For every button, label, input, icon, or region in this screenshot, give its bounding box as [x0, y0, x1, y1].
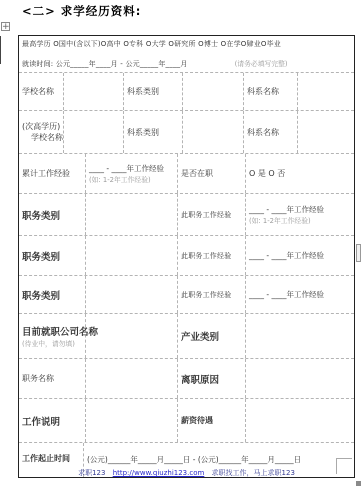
second-dept-name-input-cell[interactable] [298, 111, 354, 153]
job1-exp-hint: (如: 1-2年工作经验) [249, 215, 351, 225]
current-company-label: 目前就职公司名称 [22, 324, 82, 338]
job2-exp-input-cell[interactable]: ____ - ____年工作经验 [246, 236, 354, 275]
job3-label: 职务类别 [22, 288, 82, 302]
table-move-handle-icon[interactable]: + [1, 22, 10, 31]
job3-input-cell[interactable] [86, 276, 178, 313]
job3-exp-input-cell[interactable]: ____ - ____年工作经验 [246, 276, 354, 313]
leave-reason-label: 离职原因 [181, 372, 242, 386]
school-name-input-cell[interactable] [64, 73, 124, 110]
salary-label: 薪资待遇 [181, 415, 242, 426]
scrollbar-corner-fragment [356, 481, 361, 486]
job2-exp-blank[interactable]: ____ - ____年工作经验 [249, 250, 351, 261]
job2-input-cell[interactable] [86, 236, 178, 275]
study-period-note: (请务必填写完整) [235, 60, 288, 68]
second-dept-type-label: 科系类别 [127, 127, 179, 138]
row-current-company: 目前就职公司名称 (待业中，请勿填) 产业类别 [19, 314, 354, 359]
job1-exp-label-cell: 此职务工作经验 [178, 194, 246, 235]
total-experience-input-cell[interactable]: ____ - ____年工作经验 (如: 1-2年工作经验) [86, 154, 178, 193]
second-dept-name-label-cell: 科系名称 [244, 111, 298, 153]
total-experience-label-cell: 累计工作经验 [19, 154, 86, 193]
industry-label: 产业类别 [181, 329, 242, 343]
row-job-category-3: 职务类别 此职务工作经验 ____ - ____年工作经验 [19, 276, 354, 314]
row-job-category-1: 职务类别 此职务工作经验 ____ - ____年工作经验 (如: 1-2年工作… [19, 194, 354, 236]
study-period-line: 就读时间: 公元_____年____月 - 公元_____年____月 (请务必… [22, 51, 351, 70]
employed-label: 是否在职 [181, 168, 242, 179]
job2-label-cell: 职务类别 [19, 236, 86, 275]
work-description-label-cell: 工作说明 [19, 399, 86, 442]
job1-exp-blank[interactable]: ____ - ____年工作经验 [249, 204, 351, 215]
highest-education-options: 最高学历 O国中(含以下)O高中 O专科 O大学 O研究所 O博士 O在学O肄业… [22, 39, 351, 49]
dept-type-input-cell[interactable] [183, 73, 244, 110]
current-company-input-cell[interactable] [86, 314, 178, 358]
dept-type-label: 科系类别 [127, 86, 179, 97]
employed-options[interactable]: O 是 O 否 [249, 168, 351, 179]
row-position: 职务名称 离职原因 [19, 359, 354, 399]
second-school-name-label: 学校名称 [22, 132, 60, 143]
salary-input-cell[interactable] [246, 399, 354, 442]
total-experience-blank[interactable]: ____ - ____年工作经验 [89, 163, 174, 174]
job2-exp-label-cell: 此职务工作经验 [178, 236, 246, 275]
second-school-label-cell: (次高学历) 学校名称 [19, 111, 64, 153]
school-name-label-cell: 学校名称 [19, 73, 64, 110]
footer-site-name: 求职123 [78, 469, 105, 477]
job1-label: 职务类别 [22, 208, 82, 222]
highest-education-cell: 最高学历 O国中(含以下)O高中 O专科 O大学 O研究所 O博士 O在学O肄业… [19, 36, 354, 72]
page-footer: 求职123 http://www.qiuzhi123.com 求职找工作，马上求… [18, 468, 355, 478]
study-period-blank[interactable]: 就读时间: 公元_____年____月 - 公元_____年____月 [22, 60, 188, 68]
total-experience-label: 累计工作经验 [22, 168, 82, 179]
page-margin-mark [0, 36, 1, 64]
resume-form-table: 最高学历 O国中(含以下)O高中 O专科 O大学 O研究所 O博士 O在学O肄业… [18, 35, 355, 478]
table-resize-corner[interactable] [336, 458, 352, 474]
second-dept-name-label: 科系名称 [247, 127, 294, 138]
work-description-label: 工作说明 [22, 414, 82, 428]
leave-reason-input-cell[interactable] [246, 359, 354, 398]
job3-exp-blank[interactable]: ____ - ____年工作经验 [249, 289, 351, 300]
row-total-experience: 累计工作经验 ____ - ____年工作经验 (如: 1-2年工作经验) 是否… [19, 154, 354, 194]
scrollbar-fragment[interactable] [356, 244, 361, 262]
leave-reason-label-cell: 离职原因 [178, 359, 246, 398]
position-label-cell: 职务名称 [19, 359, 86, 398]
row-highest-education: 最高学历 O国中(含以下)O高中 O专科 O大学 O研究所 O博士 O在学O肄业… [19, 36, 354, 73]
second-dept-type-label-cell: 科系类别 [124, 111, 183, 153]
industry-input-cell[interactable] [246, 314, 354, 358]
job1-exp-label: 此职务工作经验 [181, 210, 242, 220]
work-description-input-cell[interactable] [86, 399, 178, 442]
work-period-blank[interactable]: (公元)______年_____月_____日 - (公元)______年___… [87, 454, 351, 465]
total-experience-hint: (如: 1-2年工作经验) [89, 174, 174, 184]
job3-label-cell: 职务类别 [19, 276, 86, 313]
footer-link[interactable]: http://www.qiuzhi123.com [113, 469, 205, 477]
second-dept-type-input-cell[interactable] [183, 111, 244, 153]
employed-label-cell: 是否在职 [178, 154, 246, 193]
work-period-label: 工作起止时间 [22, 453, 80, 464]
second-school-input-cell[interactable] [64, 111, 124, 153]
job1-input-cell[interactable] [86, 194, 178, 235]
row-second-school: (次高学历) 学校名称 科系类别 科系名称 [19, 111, 354, 154]
dept-type-label-cell: 科系类别 [124, 73, 183, 110]
salary-label-cell: 薪资待遇 [178, 399, 246, 442]
current-company-label-cell: 目前就职公司名称 (待业中，请勿填) [19, 314, 86, 358]
position-input-cell[interactable] [86, 359, 178, 398]
job2-label: 职务类别 [22, 249, 82, 263]
job3-exp-label-cell: 此职务工作经验 [178, 276, 246, 313]
school-name-label: 学校名称 [22, 86, 60, 97]
job1-label-cell: 职务类别 [19, 194, 86, 235]
second-school-prefix: (次高学历) [22, 121, 60, 132]
row-work-description: 工作说明 薪资待遇 [19, 399, 354, 443]
job1-exp-input-cell[interactable]: ____ - ____年工作经验 (如: 1-2年工作经验) [246, 194, 354, 235]
row-job-category-2: 职务类别 此职务工作经验 ____ - ____年工作经验 [19, 236, 354, 276]
dept-name-label-cell: 科系名称 [244, 73, 298, 110]
position-label: 职务名称 [22, 373, 82, 384]
current-company-hint: (待业中，请勿填) [22, 338, 82, 348]
job3-exp-label: 此职务工作经验 [181, 290, 242, 300]
dept-name-input-cell[interactable] [298, 73, 354, 110]
dept-name-label: 科系名称 [247, 86, 294, 97]
row-school: 学校名称 科系类别 科系名称 [19, 73, 354, 111]
employed-options-cell[interactable]: O 是 O 否 [246, 154, 354, 193]
footer-slogan: 求职找工作，马上求职123 [212, 469, 295, 477]
job2-exp-label: 此职务工作经验 [181, 251, 242, 261]
industry-label-cell: 产业类别 [178, 314, 246, 358]
page-title: <二> 求学经历资料: [22, 3, 141, 19]
